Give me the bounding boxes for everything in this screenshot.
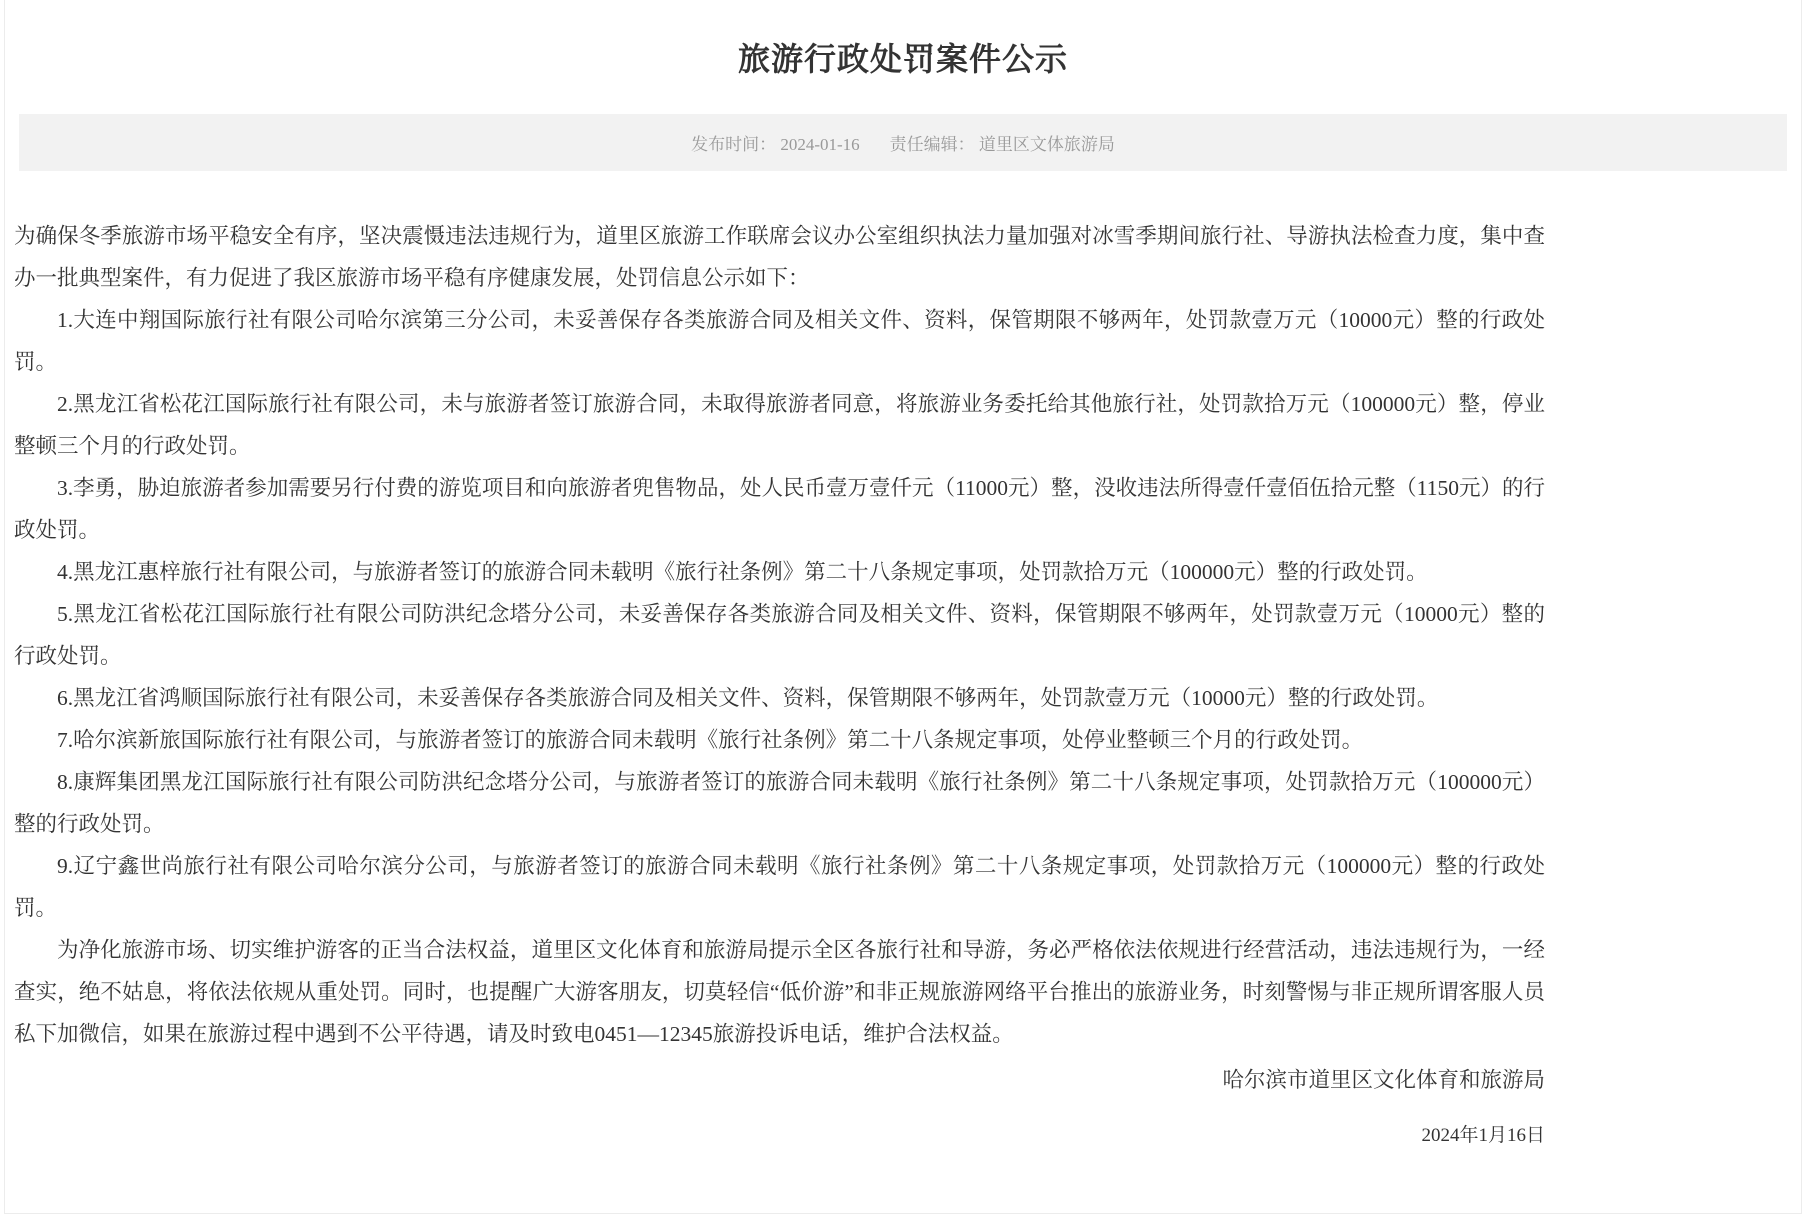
announcement-page: 旅游行政处罚案件公示 发布时间： 2024-01-16 责任编辑： 道里区文体旅… <box>0 0 1806 1214</box>
signature: 哈尔滨市道里区文化体育和旅游局 <box>14 1063 1545 1097</box>
page-title: 旅游行政处罚案件公示 <box>0 0 1806 80</box>
closing-paragraph: 为净化旅游市场、切实维护游客的正当合法权益，道里区文化体育和旅游局提示全区各旅行… <box>14 929 1545 1055</box>
case-item-2: 2.黑龙江省松花江国际旅行社有限公司，未与旅游者签订旅游合同，未取得旅游者同意，… <box>14 383 1545 467</box>
case-item-1: 1.大连中翔国际旅行社有限公司哈尔滨第三分公司，未妥善保存各类旅游合同及相关文件… <box>14 299 1545 383</box>
publish-time: 发布时间： 2024-01-16 <box>691 130 860 155</box>
case-item-3: 3.李勇，胁迫旅游者参加需要另行付费的游览项目和向旅游者兜售物品，处人民币壹万壹… <box>14 467 1545 551</box>
case-item-4: 4.黑龙江惠梓旅行社有限公司，与旅游者签订的旅游合同未载明《旅行社条例》第二十八… <box>14 551 1545 593</box>
page-right-border <box>1801 0 1802 1214</box>
responsible-editor: 责任编辑： 道里区文体旅游局 <box>890 130 1115 155</box>
case-item-7: 7.哈尔滨新旅国际旅行社有限公司，与旅游者签订的旅游合同未载明《旅行社条例》第二… <box>14 719 1545 761</box>
case-item-9: 9.辽宁鑫世尚旅行社有限公司哈尔滨分公司，与旅游者签订的旅游合同未载明《旅行社条… <box>14 845 1545 929</box>
case-item-8: 8.康辉集团黑龙江国际旅行社有限公司防洪纪念塔分公司，与旅游者签订的旅游合同未载… <box>14 761 1545 845</box>
article-body: 为确保冬季旅游市场平稳安全有序，坚决震慑违法违规行为，道里区旅游工作联席会议办公… <box>14 215 1545 1149</box>
case-item-6: 6.黑龙江省鸿顺国际旅行社有限公司，未妥善保存各类旅游合同及相关文件、资料，保管… <box>14 677 1545 719</box>
page-left-border <box>4 0 5 1214</box>
case-item-5: 5.黑龙江省松花江国际旅行社有限公司防洪纪念塔分公司，未妥善保存各类旅游合同及相… <box>14 593 1545 677</box>
publish-date: 2024年1月16日 <box>14 1123 1545 1149</box>
opening-paragraph: 为确保冬季旅游市场平稳安全有序，坚决震慑违法违规行为，道里区旅游工作联席会议办公… <box>14 215 1545 299</box>
meta-bar: 发布时间： 2024-01-16 责任编辑： 道里区文体旅游局 <box>19 114 1787 171</box>
